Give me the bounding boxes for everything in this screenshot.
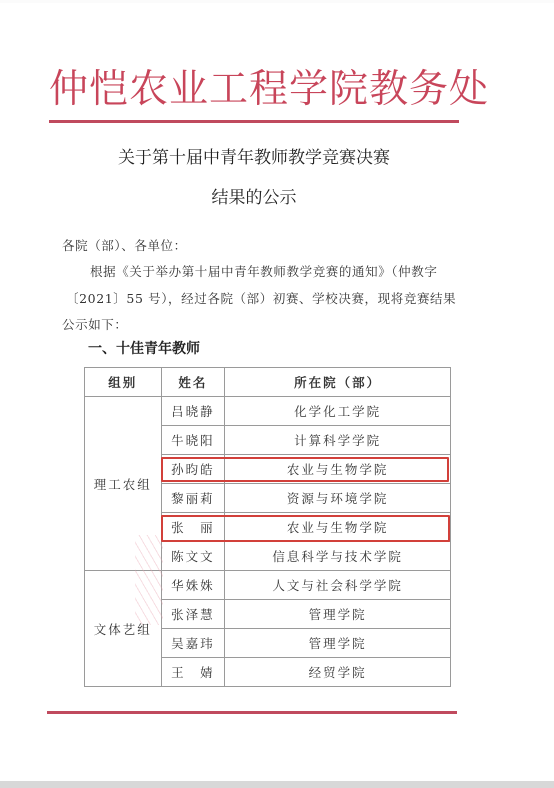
name-cell: 王 婧	[161, 658, 225, 687]
masthead-divider	[49, 120, 459, 123]
name-cell: 孙昀皓	[161, 455, 225, 484]
name-cell: 吕晓静	[161, 397, 225, 426]
notice-title-line1: 关于第十届中青年教师教学竞赛决赛	[0, 143, 531, 168]
header-group: 组别	[85, 368, 162, 397]
body-line-1: 根据《关于举办第十届中青年教师教学竞赛的通知》（仲教字	[90, 262, 437, 280]
table-header-row: 组别 姓名 所在院（部）	[85, 368, 451, 397]
college-cell: 管理学院	[225, 600, 451, 629]
footer-divider	[47, 711, 457, 714]
college-cell: 管理学院	[225, 629, 451, 658]
college-cell: 人文与社会科学学院	[225, 571, 451, 600]
name-cell: 牛晓阳	[161, 426, 225, 455]
name-cell: 张泽慧	[161, 600, 225, 629]
college-cell: 资源与环境学院	[225, 484, 451, 513]
notice-title-line2: 结果的公示	[0, 183, 531, 208]
name-cell: 黎丽莉	[161, 484, 225, 513]
college-cell: 经贸学院	[225, 658, 451, 687]
name-cell: 华姝姝	[161, 571, 225, 600]
name-cell: 张 丽	[161, 513, 225, 542]
college-cell: 信息科学与技术学院	[225, 542, 451, 571]
name-cell: 陈文文	[161, 542, 225, 571]
college-cell: 化学化工学院	[225, 397, 451, 426]
group-cell: 理工农组	[85, 397, 162, 571]
name-cell: 吴嘉玮	[161, 629, 225, 658]
body-line-3: 公示如下：	[62, 315, 128, 333]
results-table: 组别 姓名 所在院（部） 理工农组 吕晓静 化学化工学院 牛晓阳 计算科学学院 …	[84, 367, 451, 687]
college-cell: 农业与生物学院	[225, 455, 451, 484]
table-row: 理工农组 吕晓静 化学化工学院	[85, 397, 451, 426]
college-cell: 计算科学学院	[225, 426, 451, 455]
header-college: 所在院（部）	[225, 368, 451, 397]
header-name: 姓名	[161, 368, 225, 397]
salutation: 各院（部）、各单位：	[62, 236, 187, 254]
college-cell: 农业与生物学院	[225, 513, 451, 542]
page-bottom-edge	[0, 781, 554, 788]
masthead-title: 仲恺农业工程学院教务处	[49, 66, 459, 114]
group-cell: 文体艺组	[85, 571, 162, 687]
section-heading: 一、十佳青年教师	[88, 338, 200, 358]
body-line-2: 〔2021〕55 号），经过各院（部）初赛、学校决赛，现将竞赛结果	[66, 289, 456, 307]
table-row: 文体艺组 华姝姝 人文与社会科学学院	[85, 571, 451, 600]
